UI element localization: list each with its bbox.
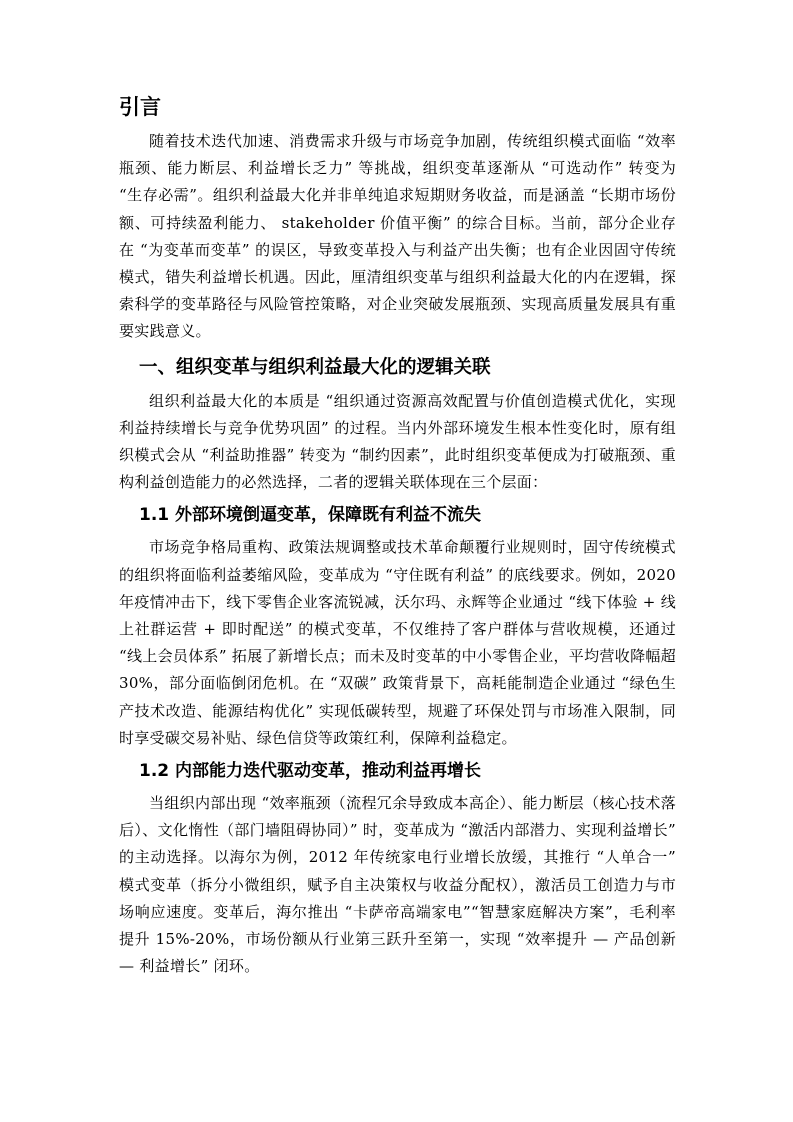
subsection-1-1-paragraph: 市场竞争格局重构、政策法规调整或技术革命颠覆行业规则时，固守传统模式的组织将面临… <box>119 534 676 752</box>
intro-heading: 引言 <box>119 92 676 122</box>
subsection-1-2-paragraph: 当组织内部出现 “效率瓶颈（流程冗余导致成本高企）、能力断层（核心技术落后）、文… <box>119 790 676 980</box>
subsection-1-2-heading: 1.2 内部能力迭代驱动变革，推动利益再增长 <box>119 758 676 784</box>
section-1-paragraph: 组织利益最大化的本质是 “组织通过资源高效配置与价值创造模式优化，实现利益持续增… <box>119 388 676 497</box>
subsection-1-1-heading: 1.1 外部环境倒逼变革，保障既有利益不流失 <box>119 502 676 528</box>
section-1-heading: 一、组织变革与组织利益最大化的逻辑关联 <box>119 354 676 382</box>
intro-paragraph: 随着技术迭代加速、消费需求升级与市场竞争加剧，传统组织模式面临 “效率瓶颈、能力… <box>119 128 676 346</box>
document-page: 引言 随着技术迭代加速、消费需求升级与市场竞争加剧，传统组织模式面临 “效率瓶颈… <box>119 92 676 980</box>
